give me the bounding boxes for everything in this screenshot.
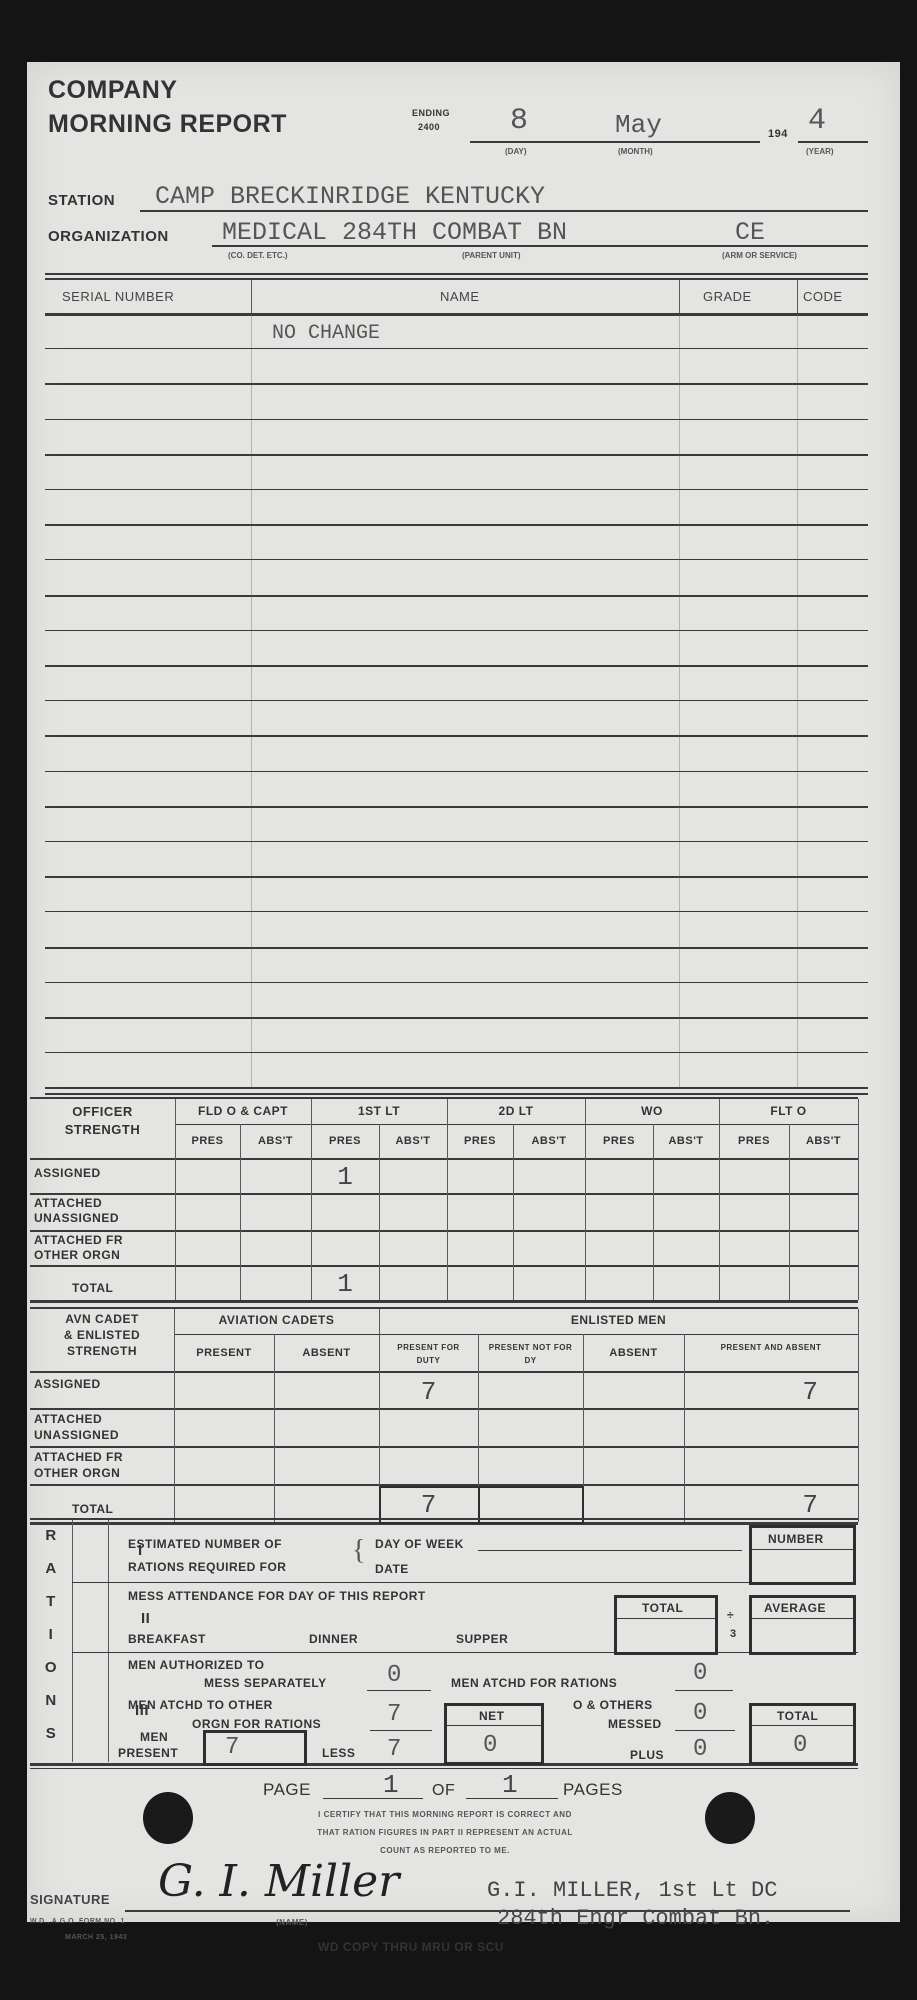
personnel-row[interactable]	[45, 1053, 868, 1086]
org-caption-parent: (PARENT UNIT)	[462, 251, 521, 260]
supper-label: SUPPER	[456, 1632, 508, 1646]
officer-subheader: PRES	[585, 1135, 653, 1147]
year-value[interactable]: 4	[808, 104, 826, 138]
personnel-row[interactable]	[45, 842, 868, 875]
officer-count-cell[interactable]	[585, 1197, 653, 1230]
officer-subheader: PRES	[719, 1135, 789, 1147]
enlisted-subheader: PRESENT NOT FOR DY	[478, 1341, 583, 1367]
officer-count-cell[interactable]	[653, 1197, 719, 1230]
personnel-row[interactable]	[45, 983, 868, 1016]
men-atchd-for-rations-label: MEN ATCHD FOR RATIONS	[451, 1676, 617, 1690]
officer-count-cell[interactable]	[585, 1162, 653, 1193]
men-atchd-other-label-2: ORGN FOR RATIONS	[192, 1717, 321, 1731]
rule	[675, 1730, 735, 1731]
enlisted-subheader: PRESENT	[174, 1346, 274, 1360]
certify-line-3: COUNT AS REPORTED TO ME.	[230, 1846, 660, 1855]
officer-count-cell[interactable]	[653, 1162, 719, 1193]
officer-count-cell[interactable]	[513, 1269, 585, 1300]
enlisted-subheader: PRESENT AND ABSENT	[684, 1341, 858, 1354]
pages-label: PAGES	[563, 1780, 623, 1800]
grade-header: GRADE	[703, 289, 752, 304]
number-label: NUMBER	[768, 1532, 824, 1546]
men-atchd-for-rations-value[interactable]: 0	[693, 1660, 707, 1687]
personnel-row[interactable]	[45, 596, 868, 629]
officer-group-header: FLT O	[719, 1104, 858, 1118]
officer-row-label: ATTACHED	[34, 1196, 102, 1210]
brace: {	[352, 1535, 365, 1567]
officer-subheader: ABS'T	[513, 1135, 585, 1147]
mess-attendance-title: MESS ATTENDANCE FOR DAY OF THIS REPORT	[128, 1589, 426, 1603]
officer-subheader: PRES	[175, 1135, 240, 1147]
men-atchd-other-label-1: MEN ATCHD TO OTHER	[128, 1698, 273, 1712]
officer-count-cell[interactable]	[447, 1234, 513, 1265]
org-caption-arm: (ARM OR SERVICE)	[722, 251, 797, 260]
personnel-row[interactable]	[45, 913, 868, 946]
officer-count-cell[interactable]	[240, 1197, 311, 1230]
rations-letter: O	[30, 1659, 72, 1676]
personnel-row[interactable]	[45, 1018, 868, 1051]
others-messed-value[interactable]: 0	[693, 1700, 707, 1727]
officer-count-cell[interactable]	[175, 1234, 240, 1265]
plus-label: PLUS	[630, 1748, 664, 1762]
officer-count-cell[interactable]	[513, 1234, 585, 1265]
officer-row-label: ASSIGNED	[34, 1166, 101, 1180]
officer-count-cell[interactable]	[379, 1197, 447, 1230]
rations-letter: S	[30, 1725, 72, 1742]
enlisted-count-cell[interactable]	[379, 1452, 478, 1484]
typed-unit: 284th Engr Combat Bn.	[497, 1906, 774, 1931]
column-divider	[797, 313, 798, 1088]
form-date: MARCH 25, 1943	[65, 1934, 127, 1941]
officer-count-cell[interactable]	[311, 1197, 379, 1230]
breakfast-label: BREAKFAST	[128, 1632, 206, 1646]
typed-name: G.I. MILLER, 1st Lt DC	[487, 1878, 777, 1903]
certify-line-1: I CERTIFY THAT THIS MORNING REPORT IS CO…	[230, 1810, 660, 1819]
month-value[interactable]: May	[615, 110, 662, 140]
date-label: DATE	[375, 1562, 409, 1576]
officer-subheader: ABS'T	[653, 1135, 719, 1147]
enlisted-count-cell[interactable]	[583, 1414, 684, 1446]
officer-count-cell[interactable]: 1	[311, 1162, 379, 1193]
personnel-row[interactable]	[45, 349, 868, 382]
officer-count-cell[interactable]	[719, 1234, 789, 1265]
ration-total-value[interactable]: 0	[793, 1732, 807, 1759]
officer-strength-title: OFFICER	[30, 1104, 175, 1119]
officer-count-cell[interactable]	[175, 1197, 240, 1230]
rule	[752, 1618, 853, 1619]
personnel-row[interactable]	[45, 525, 868, 558]
page-label: PAGE	[263, 1780, 311, 1800]
day-of-week-label: DAY OF WEEK	[375, 1537, 464, 1551]
rule	[45, 273, 868, 275]
enlisted-title-2: & ENLISTED	[30, 1328, 174, 1342]
enlisted-count-cell[interactable]	[583, 1452, 684, 1484]
officer-row-label-2: OTHER ORGN	[34, 1248, 120, 1262]
less-label: LESS	[322, 1746, 355, 1760]
ration-total-label: TOTAL	[777, 1709, 818, 1723]
personnel-row[interactable]	[45, 772, 868, 805]
officer-subheader: ABS'T	[379, 1135, 447, 1147]
pages-total[interactable]: 1	[502, 1770, 518, 1800]
officer-count-cell[interactable]	[311, 1234, 379, 1265]
year-underline	[798, 141, 868, 143]
officer-count-cell[interactable]: 1	[311, 1269, 379, 1300]
officer-strength-title-2: STRENGTH	[30, 1122, 175, 1137]
officer-count-cell[interactable]	[513, 1197, 585, 1230]
rule	[675, 1690, 733, 1691]
day-caption: (DAY)	[505, 147, 526, 156]
officer-subheader: PRES	[311, 1135, 379, 1147]
section-i-text-1: ESTIMATED NUMBER OF	[128, 1537, 282, 1551]
officer-group-header: WO	[585, 1104, 719, 1118]
personnel-row[interactable]	[45, 877, 868, 910]
officer-count-cell[interactable]	[447, 1162, 513, 1193]
personnel-row[interactable]	[45, 490, 868, 523]
others-messed-label-2: MESSED	[608, 1717, 662, 1731]
officer-subheader: PRES	[447, 1135, 513, 1147]
date-underline	[470, 141, 760, 143]
enlisted-count-cell[interactable]	[274, 1414, 379, 1446]
enlisted-count-cell[interactable]	[174, 1414, 274, 1446]
officer-count-cell[interactable]	[240, 1162, 311, 1193]
officer-count-cell[interactable]	[789, 1197, 858, 1230]
enlisted-men-header: ENLISTED MEN	[379, 1313, 858, 1327]
men-authorized-label-1: MEN AUTHORIZED TO	[128, 1658, 265, 1672]
section-ii-numeral: II	[141, 1610, 150, 1627]
officer-group-header: 1ST LT	[311, 1104, 447, 1118]
name-caption: (NAME)	[276, 1918, 308, 1927]
day-of-week-line[interactable]	[478, 1550, 742, 1551]
rule	[30, 1158, 858, 1160]
personnel-row[interactable]	[45, 561, 868, 594]
enlisted-row-label: ATTACHED	[34, 1412, 102, 1426]
enlisted-row-label: ASSIGNED	[34, 1377, 101, 1391]
column-divider	[251, 280, 252, 313]
officer-row-label-2: UNASSIGNED	[34, 1211, 119, 1225]
rule	[323, 1798, 423, 1799]
men-atchd-other-value[interactable]: 7	[387, 1701, 401, 1728]
men-present-box[interactable]	[203, 1730, 307, 1766]
station-value[interactable]: CAMP BRECKINRIDGE KENTUCKY	[155, 182, 545, 211]
officer-row-label: ATTACHED FR	[34, 1233, 123, 1247]
enlisted-count-cell[interactable]	[274, 1377, 379, 1408]
column-divider	[858, 1309, 859, 1522]
personnel-row[interactable]	[45, 455, 868, 488]
punch-hole-right	[705, 1792, 755, 1844]
certify-line-2: THAT RATION FIGURES IN PART II REPRESENT…	[230, 1828, 660, 1837]
enlisted-row-label: TOTAL	[72, 1502, 113, 1516]
net-label: NET	[479, 1709, 505, 1723]
less-value[interactable]: 7	[387, 1736, 401, 1763]
copy-note: WD COPY THRU MRU OR SCU	[318, 1940, 504, 1954]
officer-count-cell[interactable]	[585, 1269, 653, 1300]
serial-number-header: SERIAL NUMBER	[62, 289, 174, 304]
officer-subheader: ABS'T	[240, 1135, 311, 1147]
signature-handwritten[interactable]: G. I. Miller	[158, 1856, 399, 1907]
enlisted-count-cell[interactable]	[174, 1377, 274, 1408]
row-rule	[45, 1087, 868, 1089]
rations-letter: N	[30, 1692, 72, 1709]
rations-letter: R	[30, 1527, 72, 1544]
rule	[30, 1446, 858, 1448]
section-i-text-2: RATIONS REQUIRED FOR	[128, 1560, 286, 1574]
rule	[370, 1730, 432, 1731]
column-divider	[858, 1099, 859, 1300]
rule	[617, 1618, 715, 1619]
personnel-row[interactable]	[45, 807, 868, 840]
enlisted-count-cell[interactable]	[478, 1377, 583, 1408]
officer-count-cell[interactable]	[447, 1197, 513, 1230]
rule	[30, 1300, 858, 1303]
mess-total-label: TOTAL	[642, 1601, 683, 1615]
men-present-label-1: MEN	[140, 1730, 168, 1744]
men-authorized-label-2: MESS SEPARATELY	[204, 1676, 327, 1690]
punch-hole-left	[143, 1792, 193, 1844]
rule	[30, 1265, 858, 1267]
enlisted-count-cell[interactable]	[478, 1414, 583, 1446]
rule	[752, 1725, 853, 1726]
rule	[175, 1124, 858, 1125]
organization-label: ORGANIZATION	[48, 228, 169, 245]
enlisted-subheader: PRESENT FOR DUTY	[379, 1341, 478, 1367]
officer-count-cell[interactable]	[789, 1269, 858, 1300]
code-header: CODE	[803, 289, 843, 304]
rule	[174, 1334, 858, 1335]
rule	[30, 1307, 858, 1309]
enlisted-title-3: STRENGTH	[30, 1344, 174, 1358]
officer-row-label: TOTAL	[72, 1281, 113, 1295]
enlisted-count-cell[interactable]: 7	[379, 1377, 478, 1408]
officer-subheader: ABS'T	[789, 1135, 858, 1147]
average-label: AVERAGE	[764, 1601, 826, 1615]
page-number[interactable]: 1	[383, 1770, 399, 1800]
officer-count-cell[interactable]	[789, 1234, 858, 1265]
divide-by: 3	[730, 1628, 737, 1640]
dinner-label: DINNER	[309, 1632, 358, 1646]
personnel-row[interactable]	[45, 737, 868, 770]
of-label: OF	[432, 1782, 455, 1800]
year-prefix: 194	[768, 128, 788, 140]
enlisted-subheader: ABSENT	[274, 1346, 379, 1360]
officer-count-cell[interactable]	[719, 1269, 789, 1300]
column-divider	[251, 313, 252, 1088]
enlisted-title-1: AVN CADET	[30, 1312, 174, 1326]
officer-count-cell[interactable]	[379, 1162, 447, 1193]
arm-service-value[interactable]: CE	[735, 218, 765, 247]
rule	[752, 1549, 853, 1550]
officer-group-header: FLD O & CAPT	[175, 1104, 311, 1118]
others-messed-label-1: O & OTHERS	[573, 1698, 653, 1712]
enlisted-count-cell[interactable]	[684, 1452, 858, 1484]
aviation-cadets-header: AVIATION CADETS	[174, 1313, 379, 1327]
officer-count-cell[interactable]	[653, 1269, 719, 1300]
officer-count-cell[interactable]	[653, 1234, 719, 1265]
officer-count-cell[interactable]	[719, 1162, 789, 1193]
enlisted-row-label: ATTACHED FR	[34, 1450, 123, 1464]
rule	[447, 1725, 541, 1726]
organization-value[interactable]: MEDICAL 284TH COMBAT BN	[222, 218, 567, 247]
rule	[367, 1690, 431, 1691]
enlisted-row-label-2: UNASSIGNED	[34, 1428, 119, 1442]
rule	[30, 1097, 858, 1099]
enlisted-row-label-2: OTHER ORGN	[34, 1466, 120, 1480]
ending-label: ENDING	[412, 108, 450, 118]
ending-time-label: 2400	[418, 122, 440, 132]
officer-count-cell[interactable]	[379, 1234, 447, 1265]
column-divider	[679, 280, 680, 313]
rule	[30, 1371, 858, 1373]
enlisted-count-cell[interactable]	[174, 1452, 274, 1484]
personnel-row[interactable]	[45, 631, 868, 664]
rule	[30, 1230, 858, 1232]
officer-count-cell[interactable]	[175, 1269, 240, 1300]
officer-count-cell[interactable]	[447, 1269, 513, 1300]
rations-letter: I	[30, 1626, 72, 1643]
enlisted-count-cell[interactable]	[684, 1414, 858, 1446]
men-present-value[interactable]: 7	[225, 1734, 239, 1761]
day-value[interactable]: 8	[510, 104, 528, 138]
officer-count-cell[interactable]	[240, 1234, 311, 1265]
column-divider	[797, 280, 798, 313]
officer-count-cell[interactable]	[789, 1162, 858, 1193]
mess-separately-value[interactable]: 0	[387, 1662, 401, 1689]
name-header: NAME	[440, 289, 480, 304]
officer-count-cell[interactable]	[175, 1162, 240, 1193]
rations-letter: T	[30, 1593, 72, 1610]
form-title-line1: COMPANY	[48, 76, 177, 105]
enlisted-count-cell[interactable]	[583, 1377, 684, 1408]
section-rule	[45, 1093, 868, 1095]
enlisted-count-cell[interactable]	[274, 1452, 379, 1484]
officer-count-cell[interactable]	[719, 1197, 789, 1230]
enlisted-count-cell[interactable]	[379, 1414, 478, 1446]
month-caption: (MONTH)	[618, 147, 653, 156]
enlisted-count-cell[interactable]	[478, 1452, 583, 1484]
personnel-row[interactable]	[45, 385, 868, 418]
net-value[interactable]: 0	[483, 1732, 497, 1759]
officer-group-header: 2D LT	[447, 1104, 585, 1118]
men-present-label-2: PRESENT	[118, 1746, 178, 1760]
enlisted-subheader: ABSENT	[583, 1346, 684, 1360]
personnel-row[interactable]	[45, 314, 868, 347]
rule	[45, 278, 868, 280]
officer-count-cell[interactable]	[585, 1234, 653, 1265]
column-divider	[679, 313, 680, 1088]
rule	[30, 1408, 858, 1410]
personnel-row[interactable]	[45, 701, 868, 734]
personnel-row[interactable]	[45, 420, 868, 453]
form-number: W.D., A.G.O. FORM NO. 1	[30, 1918, 125, 1925]
rations-letter: A	[30, 1560, 72, 1577]
enlisted-count-cell[interactable]: 7	[684, 1377, 858, 1408]
personnel-row[interactable]	[45, 666, 868, 699]
org-caption-det: (CO. DET. ETC.)	[228, 251, 288, 260]
form-title-line2: MORNING REPORT	[48, 110, 287, 139]
signature-label: SIGNATURE	[30, 1892, 110, 1907]
year-caption: (YEAR)	[806, 147, 834, 156]
personnel-row[interactable]	[45, 948, 868, 981]
officer-count-cell[interactable]	[379, 1269, 447, 1300]
plus-value[interactable]: 0	[693, 1736, 707, 1763]
officer-count-cell[interactable]	[240, 1269, 311, 1300]
rule	[30, 1193, 858, 1195]
station-label: STATION	[48, 192, 115, 209]
divide-icon: ÷	[727, 1608, 734, 1622]
officer-count-cell[interactable]	[513, 1162, 585, 1193]
